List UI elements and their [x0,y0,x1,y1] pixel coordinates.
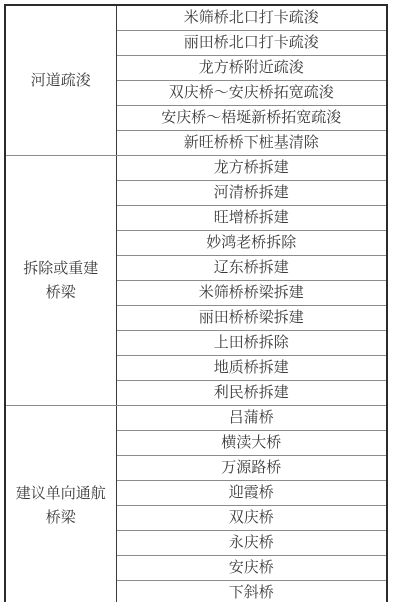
item-cell: 吕蒲桥 [116,406,387,431]
item-cell: 丽田桥桥梁拆建 [116,306,387,331]
table-row: 拆除或重建 桥梁 龙方桥拆建 [5,156,387,181]
item-cell: 新旺桥桥下桩基清除 [116,131,387,156]
item-cell: 地质桥拆建 [116,356,387,381]
table-row: 河道疏浚 米筛桥北口打卡疏浚 [5,5,387,31]
item-cell: 利民桥拆建 [116,381,387,406]
bridge-works-table: 河道疏浚 米筛桥北口打卡疏浚 丽田桥北口打卡疏浚 龙方桥附近疏浚 双庆桥～安庆桥… [4,4,388,602]
item-cell: 妙鸿老桥拆除 [116,231,387,256]
category-cell-river-dredging: 河道疏浚 [5,5,116,156]
item-cell: 龙方桥拆建 [116,156,387,181]
item-cell: 上田桥拆除 [116,331,387,356]
item-cell: 安庆桥 [116,556,387,581]
item-cell: 双庆桥 [116,506,387,531]
item-cell: 河清桥拆建 [116,181,387,206]
item-cell: 米筛桥北口打卡疏浚 [116,5,387,31]
table-body: 河道疏浚 米筛桥北口打卡疏浚 丽田桥北口打卡疏浚 龙方桥附近疏浚 双庆桥～安庆桥… [5,5,387,602]
item-cell: 安庆桥～梧埏新桥拓宽疏浚 [116,106,387,131]
category-cell-demolish-or-rebuild-bridges: 拆除或重建 桥梁 [5,156,116,406]
item-cell: 迎霞桥 [116,481,387,506]
item-cell: 双庆桥～安庆桥拓宽疏浚 [116,81,387,106]
item-cell: 万源路桥 [116,456,387,481]
item-cell: 旺增桥拆建 [116,206,387,231]
item-cell: 下斜桥 [116,581,387,602]
table-row: 建议单向通航 桥梁 吕蒲桥 [5,406,387,431]
item-cell: 米筛桥桥梁拆建 [116,281,387,306]
category-cell-suggested-one-way-navigation-bridges: 建议单向通航 桥梁 [5,406,116,602]
item-cell: 龙方桥附近疏浚 [116,56,387,81]
item-cell: 横渎大桥 [116,431,387,456]
item-cell: 永庆桥 [116,531,387,556]
item-cell: 辽东桥拆建 [116,256,387,281]
item-cell: 丽田桥北口打卡疏浚 [116,31,387,56]
